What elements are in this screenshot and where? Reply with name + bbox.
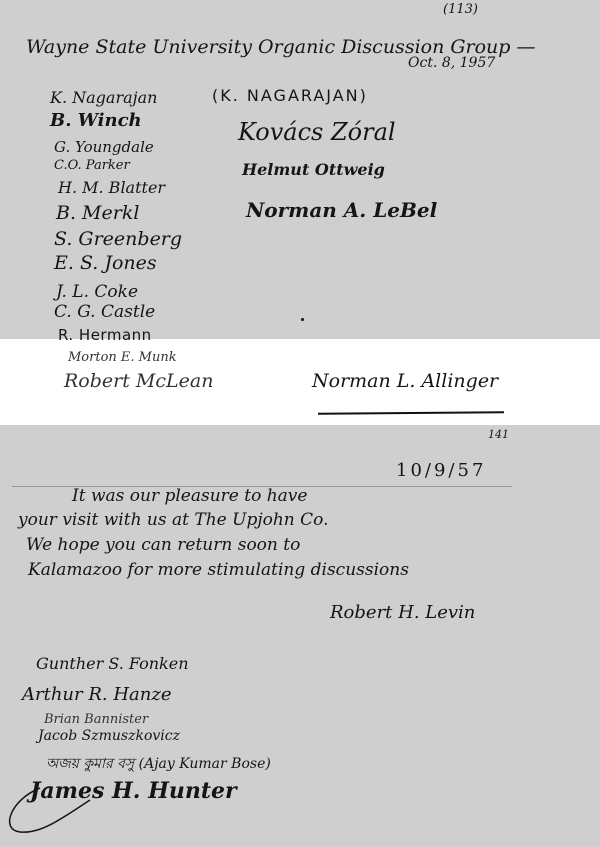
signature: S. Greenberg bbox=[54, 228, 182, 250]
signature: G. Youngdale bbox=[54, 138, 154, 156]
signature: E. S. Jones bbox=[54, 252, 157, 274]
signature: অজয় কুমার বসু (Ajay Kumar Bose) bbox=[46, 752, 271, 776]
printed-name: (K. NAGARAJAN) bbox=[212, 86, 368, 105]
message-line: your visit with us at The Upjohn Co. bbox=[18, 510, 329, 530]
signature: Helmut Ottweig bbox=[242, 160, 385, 179]
signature: Norman L. Allinger bbox=[312, 370, 498, 392]
signature: C. G. Castle bbox=[54, 302, 155, 322]
signature: Kovács Zóral bbox=[238, 118, 396, 146]
signature: H. M. Blatter bbox=[58, 178, 165, 197]
signature: Robert McLean bbox=[64, 370, 213, 392]
signature: B. Winch bbox=[50, 110, 142, 131]
signature: Gunther S. Fonken bbox=[36, 654, 189, 673]
message-line: We hope you can return soon to bbox=[26, 535, 300, 555]
page-number: (113) bbox=[443, 2, 478, 17]
signature: B. Merkl bbox=[56, 202, 139, 224]
signature-flourish bbox=[0, 780, 120, 840]
signature: C.O. Parker bbox=[54, 158, 130, 173]
message-line: It was our pleasure to have bbox=[72, 486, 307, 506]
signature: Arthur R. Hanze bbox=[22, 684, 172, 705]
signature: R. Hermann bbox=[58, 326, 152, 344]
message-signature: Robert H. Levin bbox=[330, 602, 475, 623]
letter-date: 10/9/57 bbox=[396, 460, 486, 481]
page-number: 141 bbox=[488, 428, 509, 441]
signature: Morton E. Munk bbox=[68, 350, 177, 365]
signature: K. Nagarajan bbox=[50, 88, 157, 107]
ink-spot bbox=[301, 318, 304, 321]
signature: J. L. Coke bbox=[56, 282, 138, 302]
signature: Jacob Szmuszkovicz bbox=[38, 728, 180, 744]
signature: Brian Bannister bbox=[44, 712, 148, 727]
meeting-date: Oct. 8, 1957 bbox=[408, 55, 495, 71]
signature: Norman A. LeBel bbox=[246, 198, 437, 222]
message-line: Kalamazoo for more stimulating discussio… bbox=[28, 560, 409, 580]
